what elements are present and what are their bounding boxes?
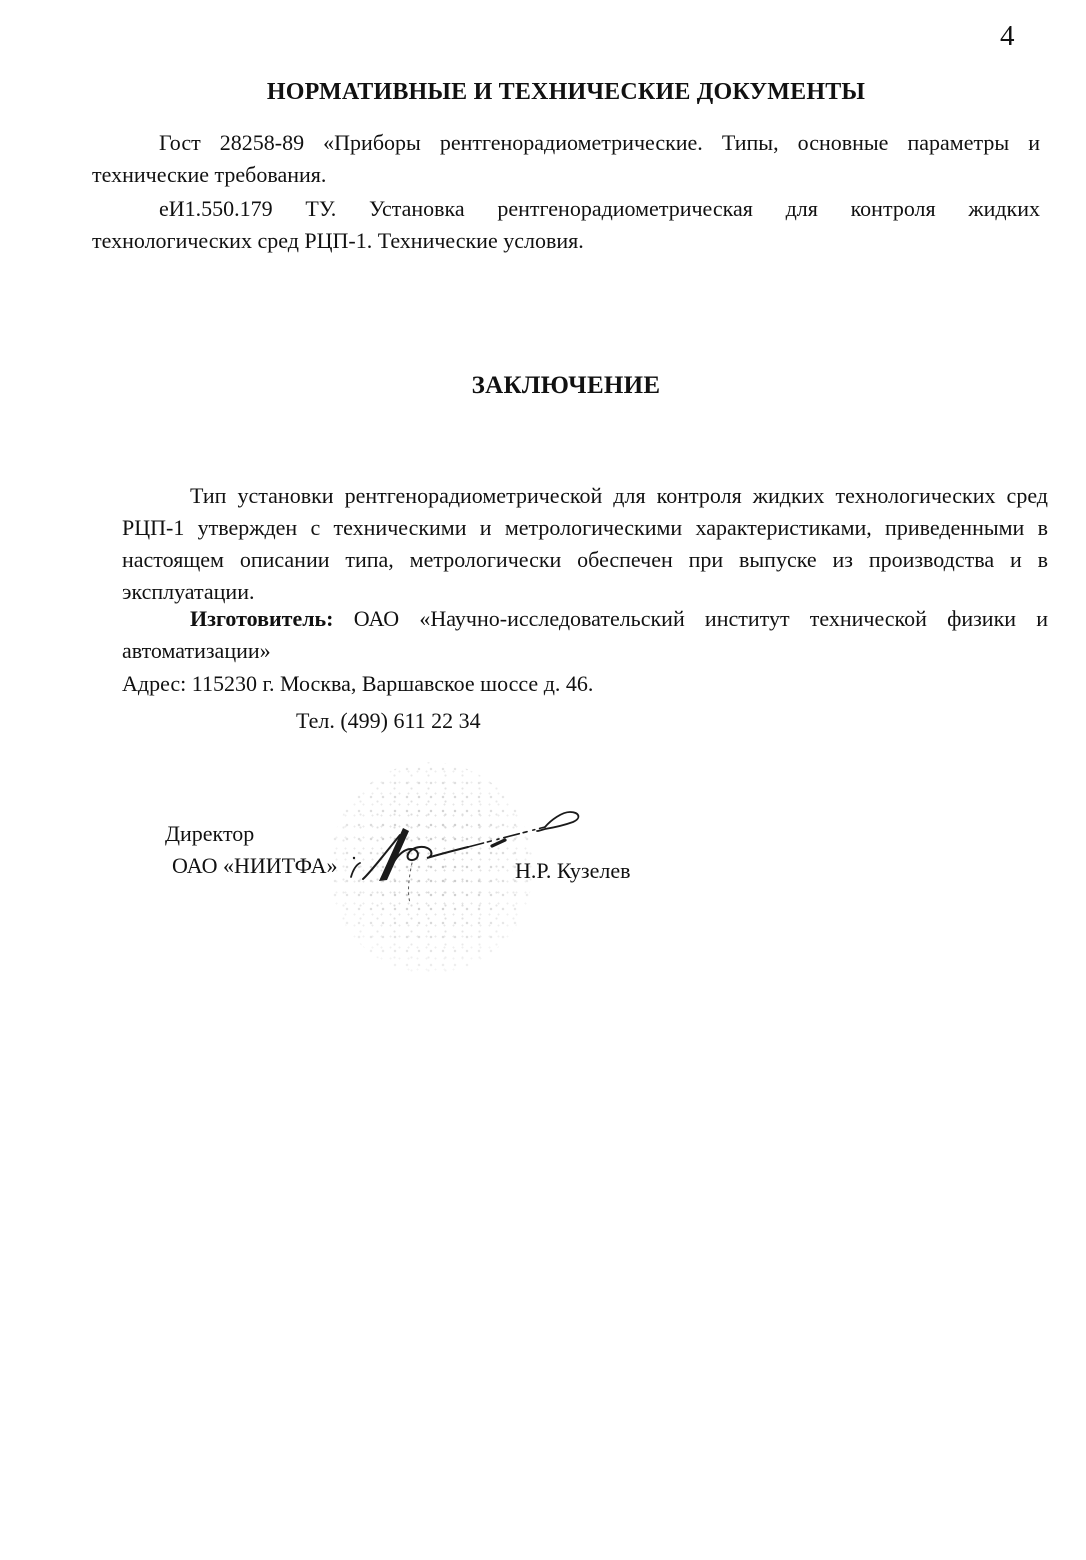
paragraph-conclusion-body: Тип установки рентгенорадиометрической д… xyxy=(122,480,1048,608)
conclusion-section-title: ЗАКЛЮЧЕНИЕ xyxy=(92,370,1040,402)
manufacturer-label: Изготовитель: xyxy=(190,606,334,631)
paragraph-manufacturer: Изготовитель: ОАО «Научно-исследовательс… xyxy=(122,603,1048,667)
document-page: 4 НОРМАТИВНЫЕ И ТЕХНИЧЕСКИЕ ДОКУМЕНТЫ Го… xyxy=(0,0,1086,1560)
page-number: 4 xyxy=(1000,20,1015,52)
signer-position-line2: ОАО «НИИТФА» xyxy=(172,850,337,882)
phone-line: Тел. (499) 611 22 34 xyxy=(296,705,481,737)
paragraph-technical-conditions: еИ1.550.179 ТУ. Установка рентгенорадиом… xyxy=(92,193,1040,257)
address-line: Адрес: 115230 г. Москва, Варшавское шосс… xyxy=(122,668,593,700)
paragraph-gost-standard: Гост 28258-89 «Приборы рентгенорадиометр… xyxy=(92,127,1040,191)
signer-name: Н.Р. Кузелев xyxy=(515,855,630,887)
normative-section-title: НОРМАТИВНЫЕ И ТЕХНИЧЕСКИЕ ДОКУМЕНТЫ xyxy=(92,76,1040,108)
signer-position-line1: Директор xyxy=(165,818,254,850)
